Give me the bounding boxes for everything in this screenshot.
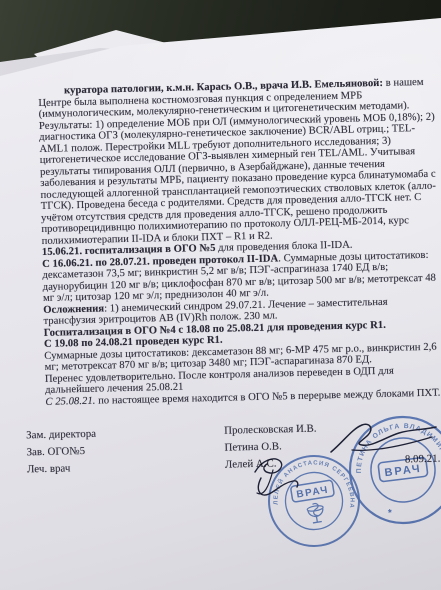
signatory-titles: Зам. директора Зав. ОГО№5 Леч. врач bbox=[26, 426, 97, 478]
text-run: Осложнения bbox=[43, 303, 104, 315]
text-run: в нашем Центре была выполнена костномозг… bbox=[38, 77, 436, 247]
signatory-title: Леч. врач bbox=[27, 459, 97, 477]
signatory-title: Зам. директора bbox=[26, 426, 96, 444]
signature-date: 8.09.21. bbox=[405, 451, 441, 469]
signatory-title: Зав. ОГО№5 bbox=[26, 443, 96, 461]
document-text: куратора патологии, к.м.н. Карась О.В., … bbox=[38, 77, 441, 507]
signature-block: Зам. директора Зав. ОГО№5 Леч. врач Прол… bbox=[46, 418, 441, 507]
text-run: С 25.08.21. bbox=[45, 395, 95, 407]
signatory-name: Лелей А.С. bbox=[225, 454, 318, 473]
signatory-name: Пролесковская И.В. bbox=[224, 421, 317, 440]
document-page: куратора патологии, к.м.н. Карась О.В., … bbox=[0, 0, 441, 590]
signatory-names: Пролесковская И.В. Петина О.В. Лелей А.С… bbox=[224, 421, 318, 474]
paragraph: куратора патологии, к.м.н. Карась О.В., … bbox=[38, 77, 439, 247]
photo-of-document: куратора патологии, к.м.н. Карась О.В., … bbox=[0, 0, 441, 590]
